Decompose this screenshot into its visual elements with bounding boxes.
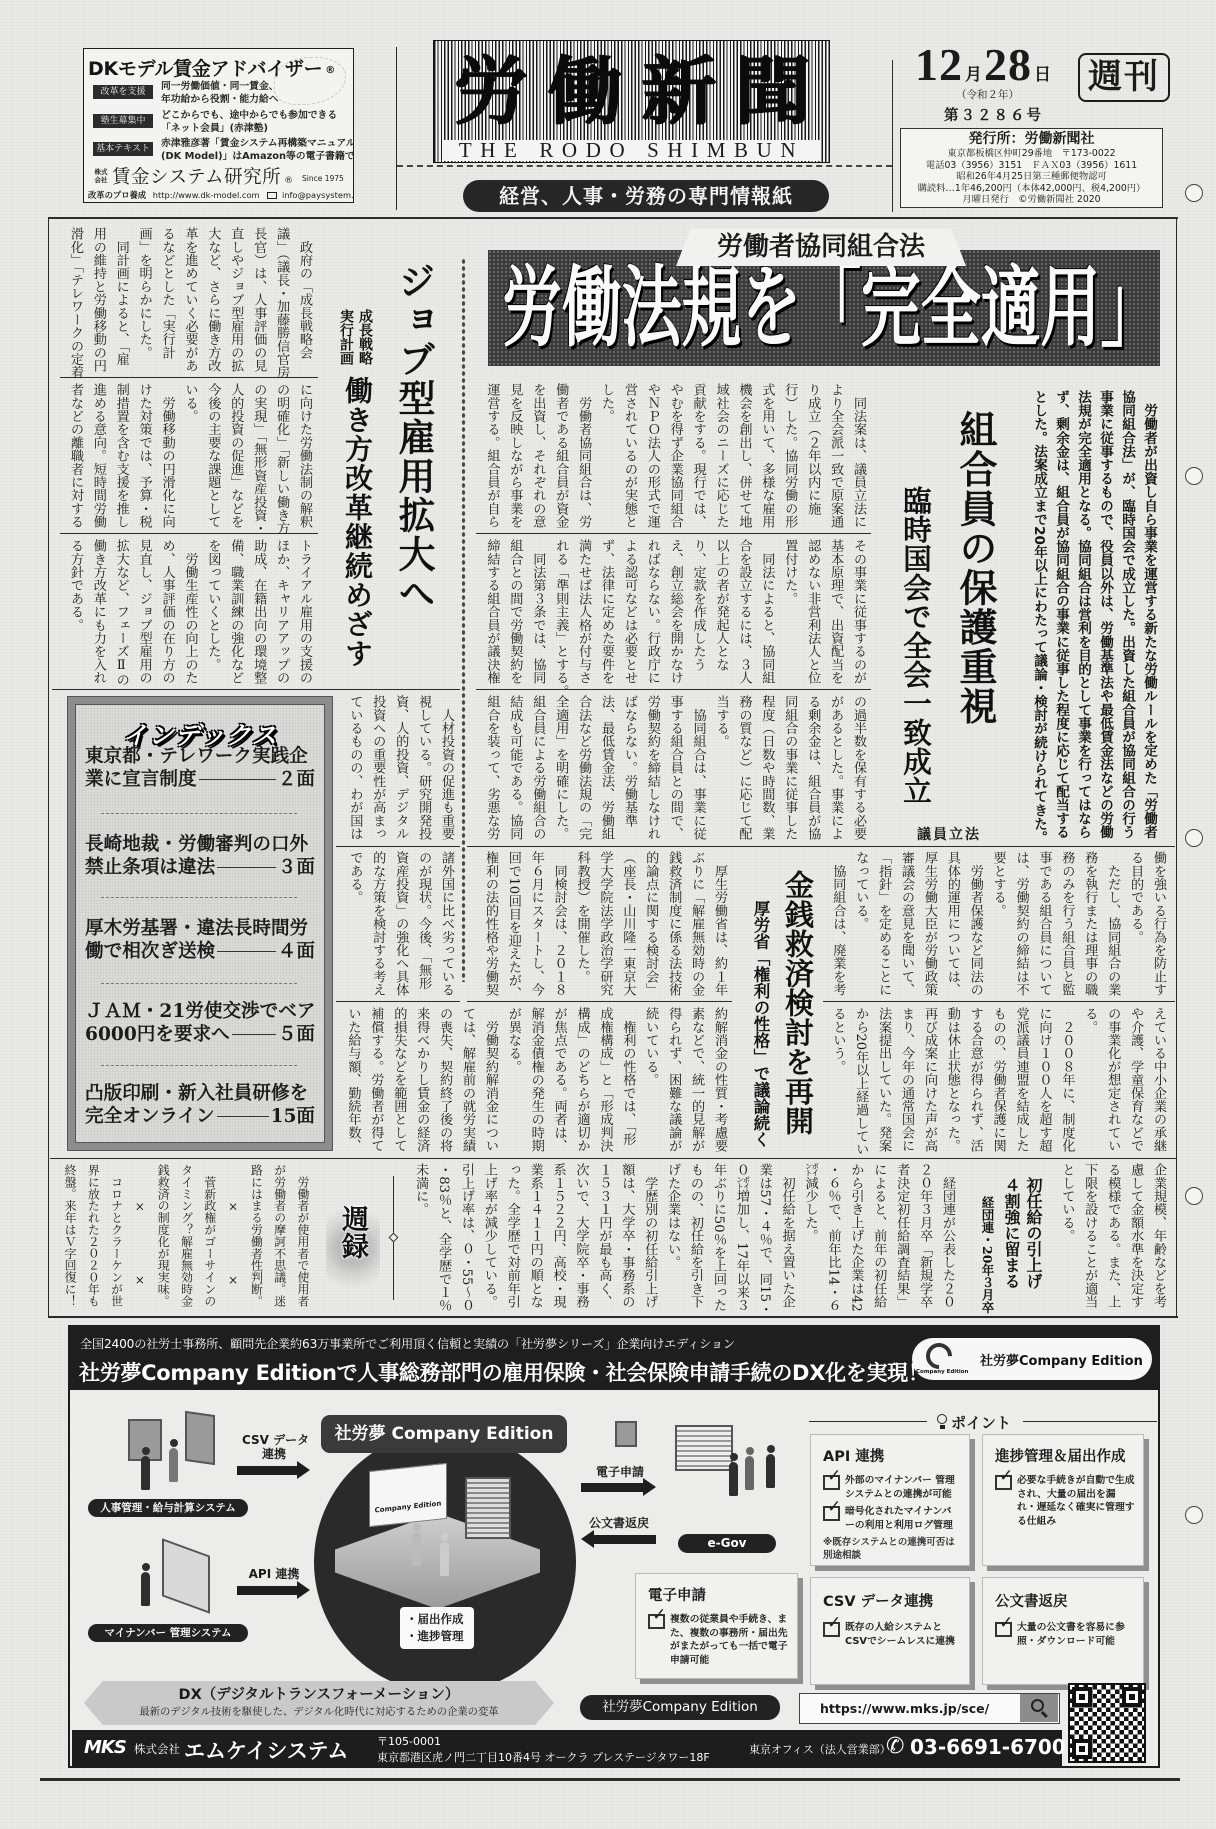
text-column: 終盤。来年はＶ字回復に！ — [58, 1164, 81, 1310]
egov-screen-illustration — [675, 1425, 733, 1471]
text-column: ては、解雇前の就労実績 — [455, 1007, 478, 1153]
person-icon — [746, 1447, 754, 1455]
text-column: 結成も可能である。協同 — [503, 695, 526, 841]
text-column: 長官）は、人事評価の見 — [246, 227, 269, 373]
header-divider — [892, 60, 893, 212]
punch-hole — [1185, 1187, 1203, 1205]
era-year: （令和２年） — [956, 87, 1019, 102]
mynumber-system-label: マイナンバー 管理システム — [88, 1624, 248, 1642]
egov-label: e-Gov — [678, 1534, 776, 1553]
text-column: 成権構成」と「形成判決 — [593, 1007, 616, 1153]
lightbulb-icon — [937, 1414, 947, 1424]
punch-hole — [1185, 467, 1203, 485]
point-title: 電子申請 — [648, 1584, 789, 1605]
mynumber-system-illustration — [162, 1538, 210, 1613]
dx-description: 最新のデジタル技術を駆使した、デジタル化時代に対応するための企業の変革 — [84, 1705, 554, 1719]
text-column: 用の維持と労働移動の円 — [86, 227, 109, 373]
point-box-progress: 進捗管理＆届出作成 必要な手続きが自動で生成され、大量の届出を漏れ・遅延なく確実… — [982, 1434, 1144, 1566]
qr-code — [1068, 1683, 1146, 1763]
text-column: ているものの、わが国は — [342, 695, 365, 841]
punch-hole — [1185, 184, 1203, 202]
newspaper-title-english: THE RODO SHIMBUN — [442, 140, 821, 161]
job-body-tier-3: トライアル雇用の支援のほか、キャリアアップの助成、在籍出向の環境整備、職業訓練の… — [63, 539, 315, 685]
lead-column: 労働者が出資し自ら事業を運営する新たな労働ルールを定めた「労働者 — [1138, 390, 1160, 842]
text-column: 見直し、ジョブ型雇用の — [132, 539, 155, 685]
person-icon — [441, 1533, 449, 1541]
job-body-tier-4: 人材投資の促進も重要視している。研究開発投資、人的投資、デジタル投資への重要性が… — [342, 695, 457, 841]
text-column: 事する組合員との間で、 — [663, 695, 686, 841]
newspaper-slogan: 経営、人事・労務の専門情報紙 — [463, 180, 829, 212]
text-column: 同計画によると、「雇 — [109, 227, 132, 373]
job-headline: ジョブ型雇用拡大へ — [394, 262, 434, 613]
text-column: 業は57・４％で、同15・ — [752, 1163, 775, 1309]
job-body-tier-2: に向けた労働法制の解釈の明確化」「新しい働き方の実現」「無形資産投資・人的投資の… — [63, 383, 315, 529]
text-column: れる「準則主義」とする。 — [548, 539, 571, 685]
lead-column: 法規が完全適用となる。協同組合は営利を目的として事業を行ってはなら — [1072, 390, 1094, 842]
text-column: （座長・山川隆一東京大 — [615, 851, 638, 997]
checkbox-icon — [823, 1622, 840, 1637]
text-column: は、労働契約の締結は不 — [1009, 851, 1032, 997]
text-column: 満たせば法人格が付与さ — [571, 539, 594, 685]
index-item-line: 凸版印刷・新入社員研修を — [85, 1082, 315, 1105]
text-column: を図っていくとした。 — [200, 539, 223, 685]
index-item-line: 6000円を要求へ５面 — [85, 1023, 315, 1046]
text-column: 諸外国に比べ劣っている — [434, 851, 457, 997]
qr-finder — [1072, 1687, 1092, 1707]
publisher-box: 発行所：労働新聞社 東京都板橋区仲町29番地 〒173-0022 電話03（39… — [900, 128, 1163, 208]
text-column: る目的である。 — [1123, 851, 1146, 997]
url-text: https://www.mks.jp/sce/ — [820, 1701, 989, 1716]
job-kicker-line: 成長戦略 — [355, 309, 374, 365]
text-column: 働き方改革にも力を入れ — [86, 539, 109, 685]
logo-caption: Company Edition — [916, 1369, 968, 1375]
lead-column: とした。法案成立まで20年以上にわたって議論・検討が続けられてきた。 — [1028, 390, 1050, 842]
publisher-phone: 電話03（3956）3151 ＦＡＸ03（3956）1611 — [901, 160, 1162, 172]
text-column: に向けた労働法制の解釈 — [292, 383, 315, 529]
text-column: 視している。研究開発投 — [411, 695, 434, 841]
text-column: 貢献をする。現行では、 — [686, 383, 709, 529]
text-column: 合法など労働法規の「完 — [571, 695, 594, 841]
text-column: ㌽減少した。 — [798, 1163, 821, 1309]
point-item: 複数の従業員や手続き、また、複数の事務所・届出先がまたがっても一括で電子申請可能 — [648, 1613, 789, 1667]
text-column: る剰余金は、組合員が協 — [800, 695, 823, 841]
office-name: 東京オフィス（法人営業部） — [749, 1741, 891, 1757]
text-column: × × — [128, 1164, 151, 1310]
text-column: 労働契約を締結しなけれ — [640, 695, 663, 841]
ad-label: 塾生募集中 — [93, 114, 153, 128]
point-item-text: 外部のマイナンバー 管理システムとの連携が可能 — [845, 1474, 961, 1501]
hr-system-illustration — [185, 1411, 215, 1465]
person-icon — [170, 1439, 178, 1447]
page-bottom-rule — [40, 1778, 1180, 1781]
tier-rule — [50, 1158, 1176, 1159]
text-column: 労働者保護など同法の — [963, 851, 986, 997]
text-column: 働者である組合員が資金 — [548, 383, 571, 529]
text-column: 権利の法的性格や労働契 — [478, 851, 501, 997]
csv-arrow-label-line: 連携 — [242, 1447, 306, 1461]
text-column: 厚生労働省は、約１年 — [707, 851, 730, 997]
index-item: 長崎地裁・労働審判の口外 禁止条項は違法３面 — [85, 833, 315, 879]
text-column: 労働者が使用者で使用者 — [291, 1164, 314, 1310]
text-column: め、人事評価の在り方の — [155, 539, 178, 685]
text-column: 上げ率が減少している。 — [477, 1163, 500, 1309]
text-column: 政府の「成長戦略会 — [292, 227, 315, 373]
ad-title-text: DKモデル賃金アドバイザー — [88, 58, 322, 80]
text-column: 再び成案に向けた声が高 — [917, 1007, 940, 1153]
person-icon — [412, 1532, 421, 1566]
tier-rule — [336, 846, 460, 847]
text-column: ほか、キャリアアップの — [269, 539, 292, 685]
index-separator — [101, 983, 297, 984]
publisher-name: 発行所：労働新聞社 — [901, 131, 1162, 148]
text-column: が労働者の摩訶不思議。迷 — [267, 1164, 290, 1310]
text-column: 次いで、大学院卒・事務 — [569, 1163, 592, 1309]
text-column: 全適用」を明確にした。 — [548, 695, 571, 841]
text-column: 構成」のどちらが適切か — [570, 1007, 593, 1153]
text-column: 画」を明らかにした。 — [132, 227, 155, 373]
ad-row-line: (DK Model)」はAmazon等の電子書籍で入手 — [161, 150, 354, 163]
text-column: 基本原理で、出資配当を — [823, 539, 846, 685]
person-icon — [730, 1453, 738, 1461]
text-column: × × — [221, 1164, 244, 1310]
text-column: 労働契約解消金につい — [478, 1007, 501, 1153]
point-box-api: API 連携 外部のマイナンバー 管理システムとの連携が可能 暗号化されたマイナ… — [810, 1434, 970, 1566]
point-item: 外部のマイナンバー 管理システムとの連携が可能 — [823, 1474, 961, 1501]
tier-rule — [52, 689, 460, 690]
text-column: ・83％と、全学歴で１％ — [431, 1163, 454, 1309]
ad-row-text: どこからでも、途中からでも参加できる 「ネット会員」(赤津塾) — [161, 109, 337, 135]
product-logo: Company Edition 社労夢Company Edition — [912, 1338, 1152, 1380]
text-column: が焦点である。両者は、 — [547, 1007, 570, 1153]
text-column: 者決定初任給調査結果」 — [889, 1163, 912, 1309]
kinsen-body-tier-6: 約解消金の性質・考慮要素などで、統一的見解が得られず、困難な議論が続いている。 … — [341, 1007, 730, 1153]
ad-email: info@paysystem.jp — [282, 190, 354, 200]
index-box: インデックス 東京都・テレワーク実践企 業に宣言制度２面 長崎地裁・労働審判の口… — [68, 697, 332, 1150]
ad-url: http://www.dk-model.com — [153, 190, 260, 200]
text-column: 科教授）を開催した。 — [570, 851, 593, 997]
api-arrow-label: API 連携 — [244, 1567, 304, 1581]
wavy-divider — [461, 258, 466, 982]
lead-body-tier-4: の過半数を保有する必要があるとした。事業による剰余金は、組合員が協同組合の事業に… — [480, 695, 869, 841]
text-column: があるとした。事業によ — [823, 695, 846, 841]
leader-line — [199, 779, 276, 780]
point-item: 大量の公文書を容易に参照・ダウンロード可能 — [995, 1621, 1135, 1648]
frame-bottom-rule — [48, 1316, 1178, 1318]
dx-banner: DX（デジタルトランスフォーメーション） 最新のデジタル技術を駆使した、デジタル… — [84, 1681, 554, 1725]
return-arrow-label: 公文書返戻 — [586, 1516, 652, 1530]
text-column: やＮＰＯ法人の形式で運 — [640, 383, 663, 529]
csv-arrow — [237, 1466, 297, 1475]
text-column: の喪失、契約終了後の将 — [432, 1007, 455, 1153]
ad-row-text: 同一労働価値・同一賃金、 年功給から役割・能力給へ — [161, 80, 279, 106]
ornament-knot-icon — [389, 1233, 399, 1243]
text-column: 路にはまる労働者性判断。 — [244, 1164, 267, 1310]
text-column: 企業規模、年齢などを考 — [1146, 1163, 1169, 1309]
text-column: 機会を創出し、併せて地 — [732, 383, 755, 529]
text-column: トライアル雇用の支援の — [292, 539, 315, 685]
point-box-return: 公文書返戻 大量の公文書を容易に参照・ダウンロード可能 — [982, 1577, 1144, 1685]
ad-row-text: 赤津雅彦著「賃金システム再構築マニュアル (DK Model)」はAmazon等… — [161, 137, 354, 163]
masthead: 労働新聞 THE RODO SHIMBUN — [433, 40, 830, 163]
weekly-badge: 週刊 — [1078, 53, 1170, 102]
text-column: ２００８年に、制度化 — [1054, 1007, 1077, 1153]
point-title: CSV データ連携 — [823, 1590, 961, 1611]
return-arrow — [594, 1535, 656, 1544]
text-column: 協同組合は、廃業を考 — [825, 851, 848, 997]
lead-body-tier-5: 働を強いる行為を防止する目的である。 ただし、協同組合の業務を執行または理事の職… — [825, 851, 1169, 997]
lead-kicker: 労働者協同組合法 — [676, 229, 966, 266]
text-column: 滑化」「テレワークの定着 — [63, 227, 86, 373]
text-column: るなどとした「実行計 — [155, 227, 178, 373]
point-item-text: 必要な手続きが自動で生成され、大量の届出を漏れ・遅延なく確実に管理する仕組み — [1017, 1474, 1135, 1528]
text-column: する合意が得られず、活 — [963, 1007, 986, 1153]
index-item-line: 長崎地裁・労働審判の口外 — [85, 833, 315, 856]
tier-rule — [476, 533, 871, 534]
index-item-text: 6000円を要求へ — [85, 1023, 230, 1046]
text-column: るという。 — [825, 1007, 848, 1153]
kinsen-body-tier-7: 企業規模、年齢などを考慮して金額水準を決定する模様である。また、上下限を設けるこ… — [1054, 1163, 1169, 1309]
text-column: タイミング？解雇無効時金 — [174, 1164, 197, 1310]
text-column: ものの、初任給を引き下 — [683, 1163, 706, 1309]
lead-column: 協同組合法」が、臨時国会で成立した。出資した組合員が協同組合の行う — [1116, 390, 1138, 842]
text-column: 要とする。 — [986, 851, 1009, 997]
text-column: 投資への重要性が高まっ — [365, 695, 388, 841]
frame-left-rule — [48, 217, 49, 1317]
text-column: 今後の主要な課題として — [200, 383, 223, 529]
text-column: から20年以上経過してい — [848, 1007, 871, 1153]
text-column: 業系１４１１円の順とな — [523, 1163, 546, 1309]
frame-top-rule — [48, 217, 1178, 219]
text-column: 学歴別の初任給引上げ — [637, 1163, 660, 1309]
person-icon — [142, 1563, 150, 1571]
text-column: 慮して金額水準を決定す — [1123, 1163, 1146, 1309]
text-column: 同組合の事業に従事した — [777, 695, 800, 841]
text-column: 権利の性格では、「形 — [615, 1007, 638, 1153]
text-column: の過半数を保有する必要 — [846, 695, 869, 841]
registered-mark: ® — [325, 65, 335, 76]
text-column: 解消金債権の発生の時期 — [524, 1007, 547, 1153]
text-column: いる。 — [178, 383, 201, 529]
text-column: 人的投資の促進」などを — [223, 383, 246, 529]
person-icon — [141, 1456, 150, 1490]
text-column: ０㌽増加し、17年以来３ — [729, 1163, 752, 1309]
text-column: 補償する。労働者が得て — [364, 1007, 387, 1153]
newspaper-title: 労働新聞 — [434, 51, 829, 133]
registered-mark: ® — [284, 176, 294, 186]
text-column: ただし、協同組合の業 — [1100, 851, 1123, 997]
url-search-box: https://www.mks.jp/sce/ — [799, 1693, 1060, 1724]
text-column: 同法案は、議員立法に — [846, 383, 869, 529]
text-column: なっている。 — [848, 851, 871, 997]
person-icon — [142, 1447, 150, 1455]
ad-intro: 全国2400の社労士事務所、顧問先企業約63万事業所でご利用頂く信頼と実績の「社… — [80, 1335, 735, 1352]
company-edition-screen: Company Edition — [369, 1463, 447, 1527]
point-item-text: 既存の人給システムとCSVでシームレスに連携 — [845, 1621, 961, 1648]
person-icon — [169, 1448, 178, 1482]
text-column: が異なる。 — [501, 1007, 524, 1153]
phone-icon — [886, 1734, 904, 1759]
point-note: ※既存システムとの連携可否は別途相談 — [823, 1536, 961, 1562]
company-type: 株式会社 — [94, 169, 108, 184]
date-day-unit: 日 — [1034, 60, 1051, 85]
leader-line — [217, 951, 276, 952]
text-column: 経団連が公表した２０ — [935, 1163, 958, 1309]
date-day: 28 — [984, 42, 1032, 88]
person-icon — [729, 1462, 738, 1496]
text-column: る。 — [1077, 1007, 1100, 1153]
text-column: 認めない非営利法人と位 — [800, 539, 823, 685]
person-icon — [745, 1456, 754, 1490]
text-column: 締結する組合員が議決権 — [480, 539, 503, 685]
text-column: の明確化」「新しい働き方 — [269, 383, 292, 529]
text-column: より全会派一致で原案通 — [823, 383, 846, 529]
text-column: 法案提出していた。発案 — [871, 1007, 894, 1153]
text-column: 約解消金の性質・考慮要 — [707, 1007, 730, 1153]
point-title: 公文書返戻 — [995, 1590, 1135, 1611]
leader-line — [217, 1116, 269, 1117]
shoninkyu-headline-line: ４割強に留まる — [1000, 1177, 1022, 1289]
kinsen-body-tier-5: 厚生労働省は、約１年ぶりに「解雇無効時の金銭救済制度に係る法技術的論点に関する検… — [478, 851, 730, 997]
index-page-ref: ５面 — [278, 1023, 315, 1046]
kinsen-subheadline: 厚労省「権利の性格」で議論続く — [751, 900, 769, 1148]
text-column: 同法によると、協同組 — [754, 539, 777, 685]
text-column: ２０年３月卒「新規学卒 — [912, 1163, 935, 1309]
text-column: 組合を装って、劣悪な労 — [480, 695, 503, 841]
text-column: 運営する。組合員が自ら — [480, 383, 503, 529]
text-column: 務の質など）に応じて配 — [732, 695, 755, 841]
lead-column: 事業に従事するもので、役員以外は、労働基準法や最低賃金法などの労働 — [1094, 390, 1116, 842]
date-month: 12 — [915, 42, 963, 88]
job-subheadline: 働き方改革継続めざす — [342, 376, 372, 668]
text-column: ず、法律に定めた要件を — [594, 539, 617, 685]
index-item-line: ＪＡＭ・21労使交渉でベア — [85, 1000, 315, 1023]
text-column: 党派議員連盟を結成した — [1009, 1007, 1032, 1153]
index-item: 厚木労基署・違法長時間労 働で相次ぎ送検４面 — [85, 917, 315, 963]
index-item-text: 働で相次ぎ送検 — [85, 940, 215, 963]
text-column: けた対策では、予算・税 — [132, 383, 155, 529]
leader-line — [217, 867, 276, 868]
index-item: 凸版印刷・新入社員研修を 完全オンライン15面 — [85, 1082, 315, 1128]
cta-product-label: 社労夢Company Edition — [580, 1695, 780, 1720]
point-item-text: 大量の公文書を容易に参照・ダウンロード可能 — [1017, 1621, 1135, 1648]
checkbox-icon — [995, 1622, 1012, 1637]
ad-tagline: 改革のプロ養成 — [88, 190, 146, 200]
kinsen-headline: 金銭救済検討を再開 — [782, 870, 814, 1136]
text-column: した。 — [594, 383, 617, 529]
text-column: 置付けた。 — [777, 539, 800, 685]
lead-headline: 労働法規を「完全適用」 — [502, 254, 1160, 362]
job-body-tier-5: 諸外国に比べ劣っているのが現状。今後、「無形資産投資」の強化へ具体的な方策を検討… — [342, 851, 457, 997]
text-column: 銭救済制度に係る法技術 — [661, 851, 684, 997]
mail-icon — [267, 192, 277, 199]
lead-body-tier-6: えている中小企業の承継や介護、学童保育などでの事業化が想定されている。 ２００８… — [825, 1007, 1169, 1153]
csv-arrow-label: CSV データ 連携 — [242, 1433, 306, 1461]
ad-row-line: どこからでも、途中からでも参加できる — [161, 109, 337, 122]
lead-body-tier-2: 同法案は、議員立法により全会派一致で原案通り成立（２年以内に施行）した。協同労働… — [480, 383, 869, 529]
text-column: 程度（日数や時間数、業 — [754, 695, 777, 841]
text-column: 務のみを行う組合員と監 — [1054, 851, 1077, 997]
company-name: 賃金システム研究所® — [112, 163, 294, 189]
index-item: 東京都・テレワーク実践企 業に宣言制度２面 — [85, 745, 315, 791]
text-column: 者などの離職者に対する — [63, 383, 86, 529]
hr-payroll-system-label: 人事管理・給与計算システム — [88, 1499, 248, 1517]
index-page-ref: ３面 — [278, 856, 315, 879]
text-column: の実現」「無形資産投資・ — [246, 383, 269, 529]
index-page-ref: ４面 — [278, 940, 315, 963]
api-arrow — [237, 1586, 297, 1595]
text-column: えている中小企業の承継 — [1146, 1007, 1169, 1153]
lightbulb-icon — [940, 1425, 945, 1429]
text-column: 見を反映しながら事業を — [503, 383, 526, 529]
text-column: ・６％で、前年比14・６ — [821, 1163, 844, 1309]
lead-body-tier-3: その事業に従事するのが基本原理で、出資配当を認めない非営利法人と位置付けた。 同… — [480, 539, 869, 685]
text-column: によると、前年の初任給 — [866, 1163, 889, 1309]
shuroku-title: 週録 — [337, 1205, 367, 1259]
punch-hole — [1185, 1506, 1203, 1524]
shalomu-advertisement: 全国2400の社労士事務所、顧問先企業約63万事業所でご利用頂く信頼と実績の「社… — [68, 1325, 1160, 1768]
postal-permit: 昭和26年4月25日第三種郵便物認可 — [901, 171, 1162, 183]
text-column: としている。 — [1054, 1163, 1077, 1309]
text-column: 引上げ率は、０・55～０ — [454, 1163, 477, 1309]
text-column: 審議会の意見を聞いて、 — [894, 851, 917, 997]
checkbox-icon — [823, 1506, 840, 1521]
text-column: その事業に従事するのが — [846, 539, 869, 685]
text-column: 務を執行または理事の職 — [1077, 851, 1100, 997]
text-column: の事業化が想定されてい — [1100, 1007, 1123, 1153]
text-column: １５３１円が最も高く、 — [592, 1163, 615, 1309]
text-column: 界に放たれた２０２０年も — [81, 1164, 104, 1310]
company-address: 東京都港区虎ノ門二丁目10番4号 オークラ プレステージタワー18F — [377, 1749, 710, 1765]
postal-code: 〒105-0001 — [377, 1733, 441, 1749]
efile-arrow — [581, 1483, 643, 1492]
ad-banner: 全国2400の社労士事務所、顧問先企業約63万事業所でご利用頂く信頼と実績の「社… — [70, 1327, 1160, 1390]
point-title: API 連携 — [823, 1445, 961, 1466]
ad-footer: 改革のプロ養成 http://www.dk-model.com info@pay… — [88, 189, 354, 201]
text-column: 式を用いて、多様な雇用 — [754, 383, 777, 529]
index-separator — [101, 1065, 297, 1066]
company-name-text: 賃金システム研究所 — [112, 167, 281, 188]
text-column: 回で10回目を迎えたが、 — [501, 851, 524, 997]
feature-item: ・届出作成 — [406, 1611, 468, 1628]
feature-item: ・進捗管理 — [406, 1628, 468, 1645]
index-item-line: 厚木労基署・違法長時間労 — [85, 917, 315, 940]
person-icon — [766, 1454, 775, 1488]
point-item: 既存の人給システムとCSVでシームレスに連携 — [823, 1621, 961, 1648]
text-column: に向け１００人を超す超 — [1032, 1007, 1055, 1153]
logo-text: 社労夢Company Edition — [980, 1350, 1143, 1369]
text-column: 銭救済の制度化が現実味。 — [151, 1164, 174, 1310]
lead-tag: 議員立法 — [917, 824, 981, 844]
text-column: 未満に。 — [408, 1163, 431, 1309]
text-column: 初任給を据え置いた企 — [775, 1163, 798, 1309]
text-column: 営されているのが実態と — [617, 383, 640, 529]
publisher-footer: 月曜日発行 ©労働新聞社 2020 — [901, 194, 1162, 206]
ad-label: 基本テキスト — [93, 142, 153, 156]
publisher-address: 東京都板橋区仲町29番地 〒173-0022 — [901, 148, 1162, 160]
text-column: 素などで、統一的見解が — [684, 1007, 707, 1153]
header-divider — [396, 47, 397, 210]
efile-arrow-label: 電子申請 — [590, 1465, 650, 1479]
tier-rule — [467, 846, 1175, 847]
text-column: 具体的運用については、 — [940, 851, 963, 997]
text-column: から引き上げた企業は42 — [843, 1163, 866, 1309]
index-separator — [101, 897, 297, 898]
frame-right-rule — [1176, 217, 1177, 1317]
text-column: ばならない。労働基準 — [617, 695, 640, 841]
person-icon — [413, 1523, 421, 1531]
text-column: いた給与額、勤続年数、 — [341, 1007, 364, 1153]
index-item-text: 完全オンライン — [85, 1105, 215, 1128]
